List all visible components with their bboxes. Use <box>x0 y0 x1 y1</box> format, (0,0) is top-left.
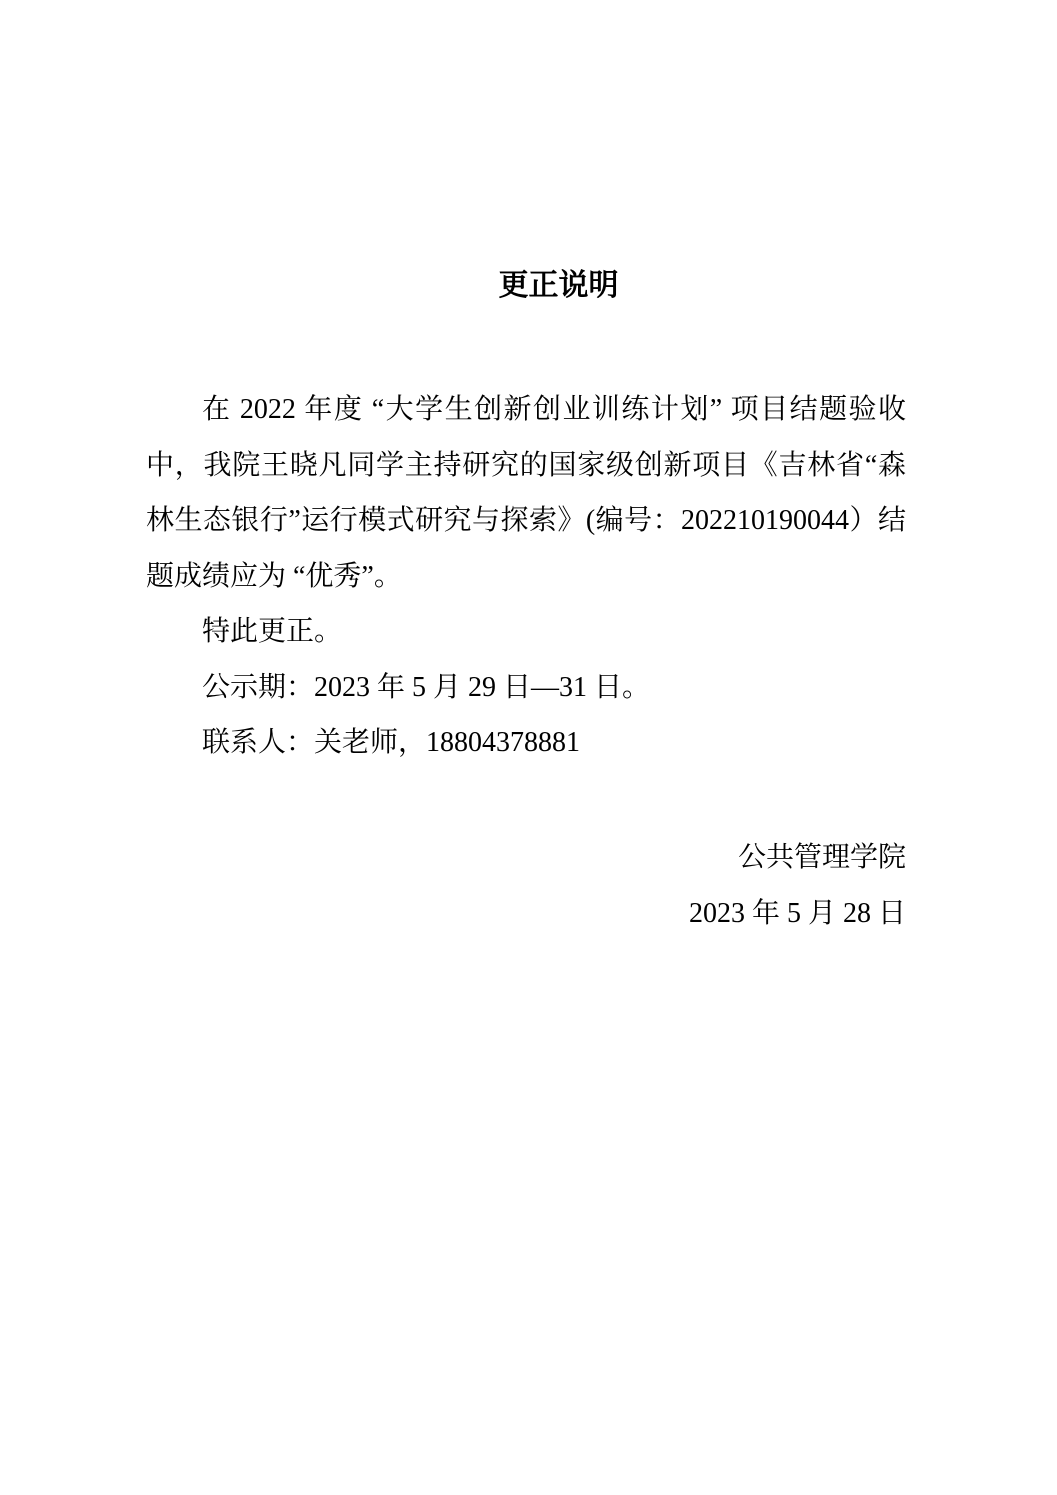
contact-line: 联系人：关老师，18804378881 <box>146 715 906 771</box>
signature-department: 公共管理学院 <box>146 830 906 886</box>
document-title: 更正说明 <box>0 266 1057 306</box>
document-body: 在 2022 年度 “大学生创新创业训练计划” 项目结题验收中，我院王晓凡同学主… <box>146 382 906 771</box>
document-page: 更正说明 在 2022 年度 “大学生创新创业训练计划” 项目结题验收中，我院王… <box>0 0 1057 1495</box>
signature-date: 2023 年 5 月 28 日 <box>146 886 906 942</box>
publicity-period-line: 公示期：2023 年 5 月 29 日—31 日。 <box>146 660 906 716</box>
signature-block: 公共管理学院 2023 年 5 月 28 日 <box>146 830 906 941</box>
main-paragraph: 在 2022 年度 “大学生创新创业训练计划” 项目结题验收中，我院王晓凡同学主… <box>146 382 906 604</box>
closing-line: 特此更正。 <box>146 604 906 660</box>
